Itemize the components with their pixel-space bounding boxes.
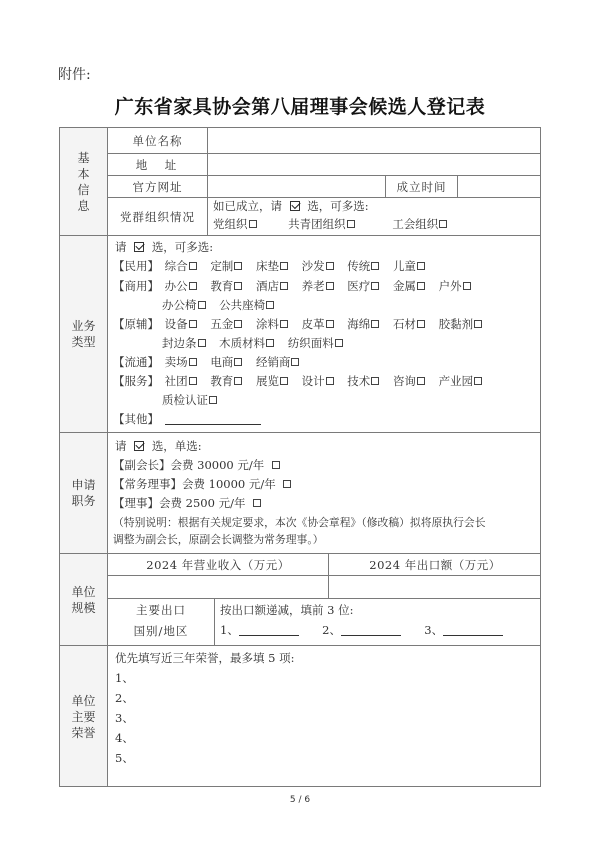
checkbox[interactable] xyxy=(280,320,288,328)
option-label: 胶黏剂 xyxy=(439,317,474,331)
option-label: 酒店 xyxy=(256,279,279,293)
option[interactable]: 海绵 xyxy=(347,317,385,331)
section-divider xyxy=(59,645,541,646)
export-header: 2024 年出口额（万元） xyxy=(329,554,541,575)
option-party-org[interactable]: 党组织 xyxy=(213,217,263,231)
checkbox[interactable] xyxy=(234,358,242,366)
checked-box-icon xyxy=(290,201,300,211)
option[interactable]: 儿童 xyxy=(393,259,431,273)
checkbox[interactable] xyxy=(371,377,379,385)
option[interactable]: 五金 xyxy=(210,317,248,331)
checkbox[interactable] xyxy=(249,220,257,228)
option-label: 社团 xyxy=(165,374,188,388)
group-tag: 【商用】 xyxy=(113,279,159,293)
option-label: 养老 xyxy=(302,279,325,293)
option-label: 医疗 xyxy=(347,279,370,293)
instruction-text: 如已成立，请 xyxy=(213,199,282,213)
honor-item-1[interactable]: 1、 xyxy=(115,669,134,688)
business-group-commercial: 【商用】 办公 教育 酒店 养老 医疗 金属 户外 xyxy=(113,277,481,296)
attachment-label: 附件: xyxy=(58,64,91,84)
option[interactable]: 咨询 xyxy=(393,374,431,388)
option-label: 公共座椅 xyxy=(219,298,265,312)
checked-box-icon xyxy=(134,441,144,451)
section-label-business-type: 业务类型 xyxy=(60,236,107,432)
business-group-materials-cont: 封边条 木质材料 纺织面料 xyxy=(162,334,353,353)
option[interactable]: 金属 xyxy=(393,279,431,293)
honors-instruction: 优先填写近三年荣誉，最多填 5 项: xyxy=(115,649,295,668)
revenue-input[interactable] xyxy=(108,576,328,598)
option-label: 户外 xyxy=(439,279,462,293)
option-label: 经销商 xyxy=(256,355,291,369)
checkbox[interactable] xyxy=(272,461,280,469)
checkbox[interactable] xyxy=(189,358,197,366)
section-label-text: 单位主要荣誉 xyxy=(70,693,98,741)
option-label: 木质材料 xyxy=(219,336,265,350)
option-label: 电商 xyxy=(210,355,233,369)
website-input[interactable] xyxy=(208,176,385,197)
other-business-input[interactable] xyxy=(165,413,261,425)
option[interactable]: 石材 xyxy=(393,317,431,331)
export-regions-label-1: 主要出口 xyxy=(108,600,214,620)
option-label: 定制 xyxy=(210,259,233,273)
option[interactable]: 教育 xyxy=(210,279,248,293)
export-regions-label-2: 国别/地区 xyxy=(108,621,214,641)
checkbox[interactable] xyxy=(417,320,425,328)
option[interactable]: 综合 xyxy=(165,259,203,273)
checkbox[interactable] xyxy=(326,377,334,385)
honor-item-2[interactable]: 2、 xyxy=(115,689,134,708)
checkbox[interactable] xyxy=(253,499,261,507)
blank-number: 3、 xyxy=(424,623,443,637)
position-instruction: 请 选，单选: xyxy=(115,437,202,456)
checkbox[interactable] xyxy=(189,377,197,385)
group-tag: 【其他】 xyxy=(113,412,159,426)
field-label-founded: 成立时间 xyxy=(386,176,457,197)
export-regions-instruction: 按出口额递减，填前 3 位: xyxy=(220,601,354,620)
option-label: 教育 xyxy=(210,374,233,388)
checkbox[interactable] xyxy=(439,220,447,228)
position-option-vice-president[interactable]: 【副会长】会费 30000 元/年 xyxy=(113,456,286,475)
checkbox[interactable] xyxy=(234,320,242,328)
party-orgs-options: 党组织 共青团组织 工会组织 xyxy=(213,215,453,234)
field-label-address: 地 址 xyxy=(108,154,207,175)
checkbox[interactable] xyxy=(283,480,291,488)
option[interactable]: 沙发 xyxy=(302,259,340,273)
option-youth-league[interactable]: 共青团组织 xyxy=(288,217,361,231)
option[interactable]: 定制 xyxy=(210,259,248,273)
option-label: 儿童 xyxy=(393,259,416,273)
position-option-standing-director[interactable]: 【常务理事】会费 10000 元/年 xyxy=(113,475,297,494)
option[interactable]: 养老 xyxy=(302,279,340,293)
checkbox[interactable] xyxy=(280,377,288,385)
unit-name-input[interactable] xyxy=(208,128,541,153)
blank-number: 2、 xyxy=(322,623,341,637)
checkbox[interactable] xyxy=(417,377,425,385)
address-input[interactable] xyxy=(208,154,541,175)
option-label: 教育 xyxy=(210,279,233,293)
group-tag: 【民用】 xyxy=(113,259,159,273)
checkbox[interactable] xyxy=(417,262,425,270)
section-label-position: 申请职务 xyxy=(60,433,107,553)
field-label-website: 官方网址 xyxy=(108,176,207,197)
instruction-text: 选，单选: xyxy=(152,439,202,453)
option[interactable]: 卖场 xyxy=(165,355,203,369)
option-label: 共青团组织 xyxy=(288,217,346,231)
section-label-text: 申请职务 xyxy=(70,477,98,509)
position-note-line-2: 调整为副会长，原副会长调整为常务理事。） xyxy=(113,530,324,549)
option[interactable]: 展览 xyxy=(256,374,294,388)
section-label-text: 业务类型 xyxy=(70,318,98,350)
option[interactable]: 技术 xyxy=(347,374,385,388)
checkbox[interactable] xyxy=(371,282,379,290)
option-label: 沙发 xyxy=(302,259,325,273)
section-label-text: 单位规模 xyxy=(70,584,98,616)
option[interactable]: 胶黏剂 xyxy=(439,317,489,331)
section-divider xyxy=(59,235,541,236)
option-label: 综合 xyxy=(165,259,188,273)
option[interactable]: 教育 xyxy=(210,374,248,388)
party-orgs-instruction: 如已成立，请 选，可多选: xyxy=(213,197,369,216)
checkbox[interactable] xyxy=(371,320,379,328)
option[interactable]: 公共座椅 xyxy=(219,298,280,312)
option-label: 技术 xyxy=(347,374,370,388)
option[interactable]: 办公 xyxy=(165,279,203,293)
checkbox[interactable] xyxy=(463,282,471,290)
business-group-services: 【服务】 社团 教育 展览 设计 技术 咨询 产业园 xyxy=(113,372,492,391)
checkbox[interactable] xyxy=(234,377,242,385)
checkbox[interactable] xyxy=(189,282,197,290)
checkbox[interactable] xyxy=(198,339,206,347)
option-fee: 会费 10000 元/年 xyxy=(182,477,276,491)
divider xyxy=(214,598,215,645)
checked-box-icon xyxy=(134,242,144,252)
option-label: 皮革 xyxy=(302,317,325,331)
blank-number: 1、 xyxy=(220,623,239,637)
section-label-text: 基本信息 xyxy=(77,150,91,214)
option[interactable]: 办公椅 xyxy=(162,298,212,312)
business-group-commercial-cont: 办公椅 公共座椅 xyxy=(162,296,284,315)
option[interactable]: 涂料 xyxy=(256,317,294,331)
option-label: 设计 xyxy=(302,374,325,388)
option-label: 床垫 xyxy=(256,259,279,273)
checkbox[interactable] xyxy=(234,282,242,290)
option-label: 质检认证 xyxy=(162,393,208,407)
export-region-3-input[interactable] xyxy=(443,624,503,636)
option-fee: 会费 30000 元/年 xyxy=(171,458,265,472)
option-label: 卖场 xyxy=(165,355,188,369)
checkbox[interactable] xyxy=(335,339,343,347)
checkbox[interactable] xyxy=(326,262,334,270)
business-type-instruction: 请 选，可多选: xyxy=(115,238,213,257)
option[interactable]: 产业园 xyxy=(439,374,489,388)
field-label-party-orgs: 党群组织情况 xyxy=(108,198,207,235)
business-group-distribution: 【流通】 卖场 电商 经销商 xyxy=(113,353,309,372)
checkbox[interactable] xyxy=(291,358,299,366)
option[interactable]: 社团 xyxy=(165,374,203,388)
honor-item-4[interactable]: 4、 xyxy=(115,729,134,748)
instruction-text: 请 xyxy=(115,240,127,254)
option-label: 工会组织 xyxy=(392,217,438,231)
option-label: 设备 xyxy=(165,317,188,331)
section-label-scale: 单位规模 xyxy=(60,554,107,645)
checkbox[interactable] xyxy=(417,282,425,290)
checkbox[interactable] xyxy=(189,262,197,270)
honor-item-5[interactable]: 5、 xyxy=(115,749,134,768)
option-label: 党组织 xyxy=(213,217,248,231)
section-label-honors: 单位主要荣誉 xyxy=(60,646,107,787)
group-tag: 【流通】 xyxy=(113,355,159,369)
honor-item-3[interactable]: 3、 xyxy=(115,709,134,728)
checkbox[interactable] xyxy=(326,320,334,328)
checkbox[interactable] xyxy=(266,301,274,309)
option-fee: 会费 2500 元/年 xyxy=(159,496,245,510)
checkbox[interactable] xyxy=(326,282,334,290)
option[interactable]: 床垫 xyxy=(256,259,294,273)
checkbox[interactable] xyxy=(280,262,288,270)
export-input[interactable] xyxy=(329,576,541,598)
option[interactable]: 设计 xyxy=(302,374,340,388)
revenue-header: 2024 年营业收入（万元） xyxy=(108,554,328,575)
checkbox[interactable] xyxy=(474,320,482,328)
option-label: 办公椅 xyxy=(162,298,197,312)
option[interactable]: 封边条 xyxy=(162,336,212,350)
form-title: 广东省家具协会第八届理事会候选人登记表 xyxy=(0,92,600,119)
option-tag: 【副会长】 xyxy=(113,458,171,472)
checkbox[interactable] xyxy=(234,262,242,270)
business-group-civil: 【民用】 综合 定制 床垫 沙发 传统 儿童 xyxy=(113,257,435,276)
option-tag: 【理事】 xyxy=(113,496,159,510)
export-regions-blanks: 1、 2、 3、 xyxy=(220,621,503,640)
instruction-text: 选，可多选: xyxy=(307,199,368,213)
option-label: 金属 xyxy=(393,279,416,293)
option-label: 石材 xyxy=(393,317,416,331)
option[interactable]: 质检认证 xyxy=(162,393,223,407)
group-tag: 【服务】 xyxy=(113,374,159,388)
option-tag: 【常务理事】 xyxy=(113,477,182,491)
section-label-basic-info: 基本信息 xyxy=(60,128,107,235)
export-region-2-input[interactable] xyxy=(341,624,401,636)
field-label-unit-name: 单位名称 xyxy=(108,128,207,153)
checkbox[interactable] xyxy=(347,220,355,228)
option[interactable]: 经销商 xyxy=(256,355,306,369)
option-label: 海绵 xyxy=(347,317,370,331)
option-label: 办公 xyxy=(165,279,188,293)
founded-input[interactable] xyxy=(458,176,541,197)
option[interactable]: 电商 xyxy=(210,355,248,369)
option-label: 展览 xyxy=(256,374,279,388)
instruction-text: 选，可多选: xyxy=(152,240,213,254)
option[interactable]: 医疗 xyxy=(347,279,385,293)
option-label: 封边条 xyxy=(162,336,197,350)
business-group-other: 【其他】 xyxy=(113,410,261,429)
option-label: 咨询 xyxy=(393,374,416,388)
option-trade-union[interactable]: 工会组织 xyxy=(392,217,453,231)
checkbox[interactable] xyxy=(280,282,288,290)
instruction-text: 请 xyxy=(115,439,127,453)
export-region-1-input[interactable] xyxy=(239,624,299,636)
divider xyxy=(107,598,541,599)
option-label: 涂料 xyxy=(256,317,279,331)
option[interactable]: 传统 xyxy=(347,259,385,273)
business-group-materials: 【原辅】 设备 五金 涂料 皮革 海绵 石材 胶黏剂 xyxy=(113,315,492,334)
option-label: 传统 xyxy=(347,259,370,273)
checkbox[interactable] xyxy=(474,377,482,385)
option-label: 五金 xyxy=(210,317,233,331)
option[interactable]: 酒店 xyxy=(256,279,294,293)
option[interactable]: 皮革 xyxy=(302,317,340,331)
checkbox[interactable] xyxy=(266,339,274,347)
option-label: 纺织面料 xyxy=(288,336,334,350)
position-option-director[interactable]: 【理事】会费 2500 元/年 xyxy=(113,494,267,513)
checkbox[interactable] xyxy=(371,262,379,270)
business-group-services-cont: 质检认证 xyxy=(162,391,227,410)
checkbox[interactable] xyxy=(209,396,217,404)
page-number: 5 / 6 xyxy=(0,795,600,805)
option[interactable]: 木质材料 xyxy=(219,336,280,350)
option-label: 产业园 xyxy=(439,374,474,388)
option[interactable]: 纺织面料 xyxy=(288,336,349,350)
group-tag: 【原辅】 xyxy=(113,317,159,331)
option[interactable]: 户外 xyxy=(439,279,477,293)
option[interactable]: 设备 xyxy=(165,317,203,331)
checkbox[interactable] xyxy=(198,301,206,309)
checkbox[interactable] xyxy=(189,320,197,328)
section-divider xyxy=(59,432,541,433)
